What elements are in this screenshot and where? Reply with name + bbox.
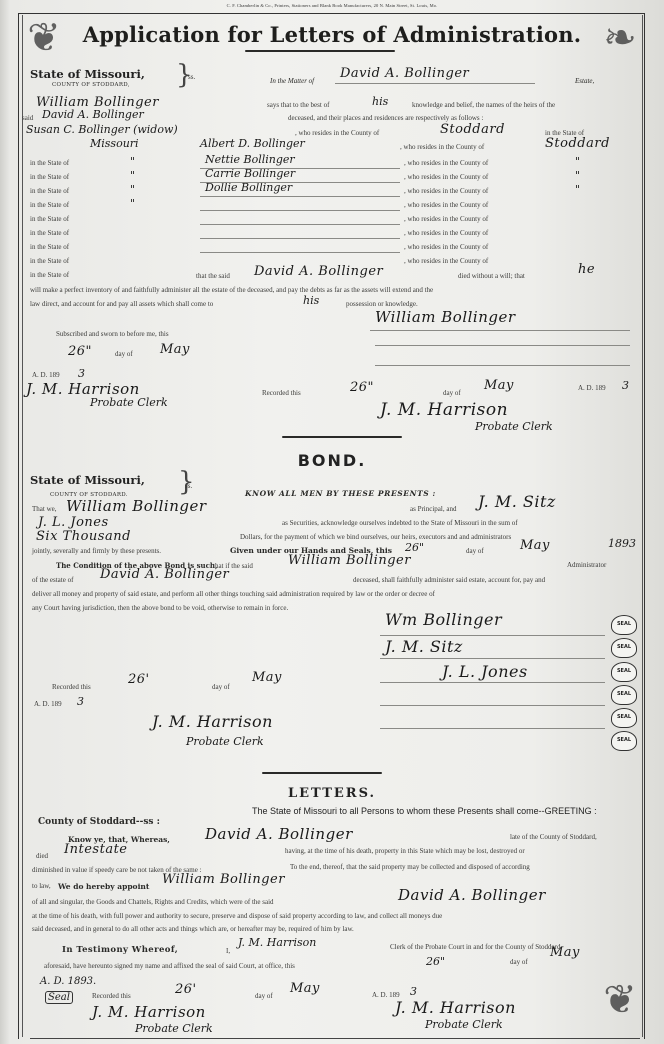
- goods-line: of all and singular, the Goods and Chatt…: [32, 898, 274, 906]
- aforesaid-line: aforesaid, have hereunto signed my name …: [44, 962, 295, 970]
- resides-text: , who resides in the County of: [404, 243, 488, 251]
- decedent-name: David A. Bollinger: [340, 66, 469, 81]
- to-end-line: To the end, thereof, that the said prope…: [290, 863, 530, 871]
- signature-security-1: J. M. Sitz: [385, 637, 463, 656]
- recorded-day: 26': [128, 672, 150, 687]
- signature-principal: Wm Bollinger: [385, 610, 502, 629]
- pronoun-he: he: [578, 262, 595, 277]
- signature-line: [380, 635, 605, 636]
- heir-county: ": [575, 155, 580, 168]
- died-text: died without a will; that: [458, 272, 525, 280]
- state-label: in the State of: [30, 201, 69, 209]
- decedent-name: David A. Bollinger: [254, 264, 383, 279]
- securities-text: as Securities, acknowledge ourselves ind…: [282, 519, 518, 527]
- state-heading: State of Missouri,: [30, 67, 145, 81]
- resides-text: , who resides in the County of: [404, 257, 488, 265]
- pronoun: his: [372, 95, 388, 108]
- divider: [282, 436, 402, 438]
- divider: [262, 772, 382, 774]
- day-of-label: day of: [443, 389, 461, 397]
- state-label: in the State of: [30, 271, 69, 279]
- heir-name: Susan C. Bollinger (widow): [26, 123, 178, 136]
- letters-title: LETTERS.: [0, 786, 664, 801]
- greeting-text: The State of Missouri to all Persons to …: [252, 806, 597, 816]
- resides-text: , who resides in the County of: [404, 201, 488, 209]
- state-label: in the State of: [30, 229, 69, 237]
- clerk-title: Probate Clerk: [90, 396, 168, 409]
- heir-state: ": [130, 197, 135, 210]
- security-1-name: J. M. Sitz: [478, 492, 556, 511]
- dollars-text: Dollars, for the payment of which we bin…: [240, 533, 511, 541]
- testimony-clerk: J. M. Harrison: [238, 936, 316, 949]
- testimony-day: 26": [426, 955, 445, 968]
- heir-county: Stoddard: [440, 122, 505, 137]
- recorded-year: 3: [622, 379, 629, 392]
- blank-line: [375, 345, 630, 346]
- seal-icon: SEAL: [611, 662, 637, 682]
- sworn-year: 3: [78, 367, 85, 380]
- letters-right-clerk: J. M. Harrison: [395, 998, 516, 1017]
- know-all-men: KNOW ALL MEN BY THESE PRESENTS :: [245, 489, 436, 498]
- heir-state: Missouri: [90, 137, 139, 150]
- resides-text: , who resides in the County of: [404, 229, 488, 237]
- state-label: in the State of: [30, 257, 69, 265]
- estate-decedent: David A. Bollinger: [100, 567, 229, 582]
- of-estate-text: of the estate of: [32, 576, 73, 584]
- inventory-text: will make a perfect inventory of and fai…: [30, 286, 433, 294]
- seal-mark: Seal: [45, 991, 73, 1004]
- court-line: any Court having jurisdiction, then the …: [32, 604, 288, 612]
- recorded-label: Recorded this: [262, 389, 301, 397]
- testimony-label: In Testimony Whereof,: [62, 945, 178, 955]
- heir-row: in the State of , who resides in the Cou…: [0, 225, 664, 239]
- applicant-signature: William Bollinger: [375, 308, 516, 326]
- day-of-label: day of: [255, 992, 273, 1000]
- deceased-line: deceased, shall faithfully administer sa…: [353, 576, 545, 584]
- late-of-text: late of the County of Stoddard,: [510, 833, 597, 841]
- said-label: said: [22, 114, 33, 122]
- resides-text: , who resides in the County of: [404, 173, 488, 181]
- heir-row: in the State of " Dollie Bollinger , who…: [0, 183, 664, 197]
- document-page: C. F. Chamberlin & Co., Printers, Statio…: [0, 0, 664, 1044]
- divider: [245, 50, 395, 52]
- state-label: in the State of: [30, 173, 69, 181]
- recorded-month: May: [290, 981, 320, 996]
- time-line: at the time of his death, with full powe…: [32, 912, 442, 920]
- county-heading: COUNTY OF STODDARD,: [52, 82, 130, 88]
- general-line: said deceased, and in general to do all …: [32, 925, 354, 933]
- state-label: in the State of: [30, 215, 69, 223]
- heir-row: in the State of , who resides in the Cou…: [0, 211, 664, 225]
- bond-amount: Six Thousand: [36, 529, 131, 544]
- heir-row: in the State of " Carrie Bollinger , who…: [0, 169, 664, 183]
- says-text: says that to the best of: [267, 101, 329, 109]
- heir-row: in the State of , who resides in the Cou…: [0, 239, 664, 253]
- ss-label: ss.: [185, 482, 192, 490]
- recorded-label: Recorded this: [52, 683, 91, 691]
- day-of-label: day of: [466, 547, 484, 555]
- state-label: in the State of: [30, 243, 69, 251]
- said-decedent: David A. Bollinger: [42, 108, 144, 121]
- ad-label: A. D. 189: [32, 371, 60, 379]
- signature-security-2: J. L. Jones: [442, 662, 528, 681]
- blank-line: [200, 168, 400, 169]
- estate-label: Estate,: [575, 77, 594, 85]
- blank-line: [200, 252, 400, 253]
- ad-label: A. D. 189: [34, 700, 62, 708]
- testimony-month: May: [550, 945, 580, 960]
- resides-text: , who resides in the County of: [400, 143, 484, 151]
- possession-text: possession or knowledge.: [346, 300, 418, 308]
- appointee-name: William Bollinger: [162, 872, 285, 887]
- law-direct-text: law direct, and account for and pay all …: [30, 300, 213, 308]
- signature-line: [380, 705, 605, 706]
- heir-county: ": [575, 183, 580, 196]
- deceased-text: deceased, and their places and residence…: [288, 114, 483, 122]
- heir-state: ": [130, 169, 135, 182]
- day-of-label: day of: [115, 350, 133, 358]
- recorded-year: 3: [77, 695, 84, 708]
- pronoun-his: his: [303, 294, 319, 307]
- appoint-label: We do hereby appoint: [58, 882, 149, 891]
- signature-line: [370, 330, 630, 331]
- seal-icon: SEAL: [611, 731, 637, 751]
- deliver-line: deliver all money and property of said e…: [32, 590, 435, 598]
- goods-decedent: David A. Bollinger: [398, 886, 546, 904]
- heir-state: ": [130, 155, 135, 168]
- as-principal-text: as Principal, and: [410, 505, 456, 513]
- heir-name: Nettie Bollinger: [205, 153, 295, 166]
- day-of-label: day of: [510, 958, 528, 966]
- sworn-day: 26": [68, 344, 92, 359]
- recorded-label: Recorded this: [92, 992, 131, 1000]
- signature-line: [380, 658, 605, 659]
- bond-clerk-signature: J. M. Harrison: [152, 712, 273, 731]
- signature-line: [380, 728, 605, 729]
- jointly-text: jointly, severally and firmly by these p…: [32, 547, 161, 555]
- heir-row: in the State of " , who resides in the C…: [0, 197, 664, 211]
- day-of-label: day of: [212, 683, 230, 691]
- blank-line: [200, 224, 400, 225]
- heir-row: in the State of " Nettie Bollinger , who…: [0, 155, 664, 169]
- signature-line: [380, 682, 605, 683]
- letters-left-clerk-title: Probate Clerk: [135, 1022, 213, 1035]
- sworn-month: May: [160, 342, 190, 357]
- in-the-matter-label: In the Matter of: [270, 77, 314, 85]
- letters-left-clerk: J. M. Harrison: [92, 1003, 206, 1021]
- seal-icon: SEAL: [611, 615, 637, 635]
- blank-line: [200, 182, 400, 183]
- letters-decedent: David A. Bollinger: [205, 825, 353, 843]
- resides-text: , who resides in the County of: [404, 187, 488, 195]
- printer-imprint: C. F. Chamberlin & Co., Printers, Statio…: [0, 3, 664, 8]
- given-year: 1893: [608, 537, 636, 550]
- administrator-label: Administrator: [567, 561, 606, 569]
- ss-label: ss.: [188, 73, 195, 81]
- blank-line: [335, 83, 535, 84]
- heir-state: ": [130, 183, 135, 196]
- heir-county: ": [575, 169, 580, 182]
- ornament-icon: ❦: [596, 976, 644, 1024]
- heir-name: Albert D. Bollinger: [200, 137, 305, 150]
- resides-text: , who resides in the County of: [295, 129, 379, 137]
- recorded-month: May: [484, 378, 514, 393]
- bond-title: BOND.: [0, 451, 664, 470]
- recorded-day: 26': [175, 982, 197, 997]
- blank-line: [200, 210, 400, 211]
- blank-line: [200, 196, 400, 197]
- that-the-said: that the said: [196, 272, 230, 280]
- letters-county: County of Stoddard--ss :: [38, 817, 160, 827]
- that-we-label: That we,: [32, 505, 57, 513]
- died-status: Intestate: [64, 842, 128, 857]
- seal-icon: SEAL: [611, 685, 637, 705]
- bond-clerk-title: Probate Clerk: [186, 735, 264, 748]
- letters-right-clerk-title: Probate Clerk: [425, 1018, 503, 1031]
- application-title: Application for Letters of Administratio…: [0, 22, 664, 47]
- seal-icon: SEAL: [611, 708, 637, 728]
- recorded-month: May: [252, 670, 282, 685]
- blank-line: [375, 365, 630, 366]
- having-line: having, at the time of his death, proper…: [285, 847, 525, 855]
- heir-county: Stoddard: [545, 136, 610, 151]
- blank-line: [200, 238, 400, 239]
- clerk-of-line: Clerk of the Probate Court in and for th…: [390, 943, 561, 951]
- recorded-year: 3: [410, 985, 417, 998]
- subscribed-text: Subscribed and sworn to before me, this: [56, 330, 169, 338]
- bond-state-heading: State of Missouri,: [30, 473, 145, 487]
- died-label: died: [36, 852, 48, 860]
- state-label: in the State of: [30, 159, 69, 167]
- knowledge-text: knowledge and belief, the names of the h…: [412, 101, 555, 109]
- testimony-ad: A. D. 1893.: [40, 976, 96, 987]
- security-2-name: J. L. Jones: [38, 515, 109, 530]
- principal-name: William Bollinger: [66, 497, 207, 515]
- seal-icon: SEAL: [611, 638, 637, 658]
- administrator-name: William Bollinger: [288, 553, 411, 568]
- recorded-clerk-title: Probate Clerk: [475, 420, 553, 433]
- bottom-border: [30, 1038, 640, 1039]
- state-label: in the State of: [30, 187, 69, 195]
- to-law-text: to law,: [32, 882, 51, 890]
- ad-label: A. D. 189: [578, 384, 606, 392]
- recorded-day: 26": [350, 380, 374, 395]
- given-month: May: [520, 538, 550, 553]
- resides-text: , who resides in the County of: [404, 215, 488, 223]
- testimony-initial: I,: [226, 947, 230, 955]
- resides-text: , who resides in the County of: [404, 159, 488, 167]
- recorded-clerk-signature: J. M. Harrison: [380, 400, 508, 420]
